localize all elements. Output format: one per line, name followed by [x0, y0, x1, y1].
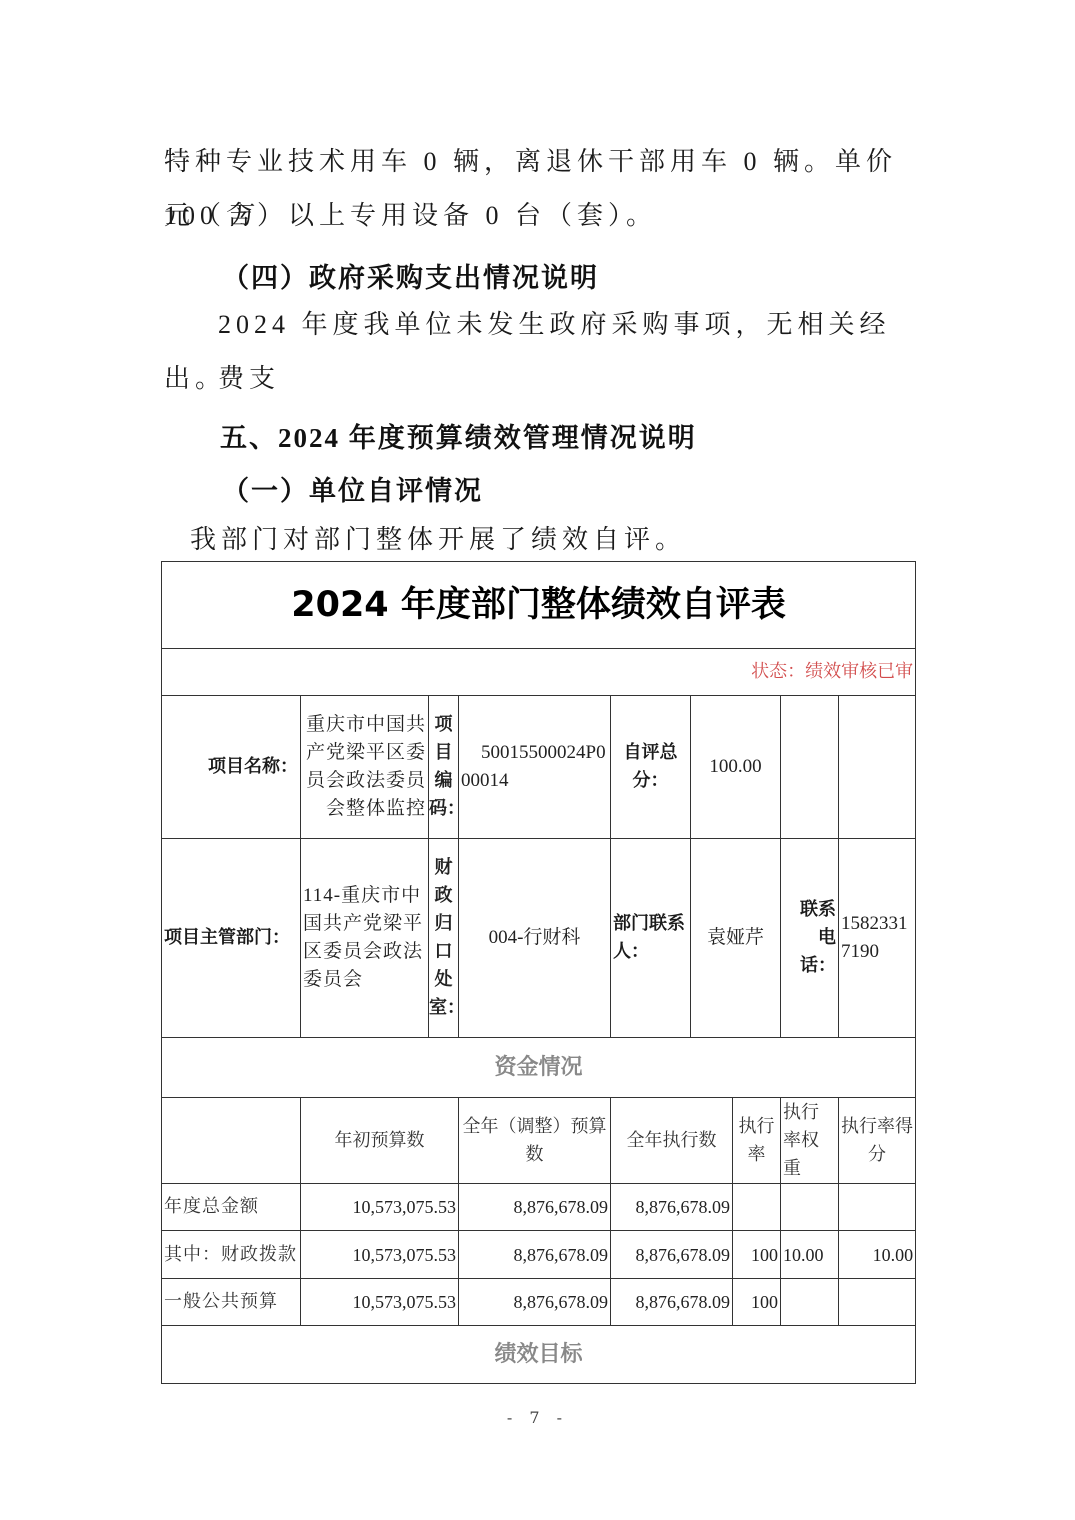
adjusted-budget: 8,876,678.09 — [459, 1279, 611, 1326]
table-row: 年度总金额 10,573,075.53 8,876,678.09 8,876,6… — [162, 1184, 916, 1231]
dept-value: 114-重庆市中国共产党梁平区委员会政法委员会 — [301, 839, 429, 1038]
row-label: 年度总金额 — [162, 1184, 301, 1231]
execution-rate: 100 — [733, 1231, 781, 1279]
funds-header-blank — [162, 1098, 301, 1184]
finance-office-value: 004-行财科 — [459, 839, 611, 1038]
execution-rate: 100 — [733, 1279, 781, 1326]
rate-score — [839, 1279, 916, 1326]
status-badge: 状态：绩效审核已审 — [162, 649, 916, 696]
initial-budget: 10,573,075.53 — [301, 1279, 459, 1326]
initial-budget: 10,573,075.53 — [301, 1184, 459, 1231]
dept-label: 项目主管部门： — [162, 839, 301, 1038]
rate-weight — [781, 1184, 839, 1231]
adjusted-budget: 8,876,678.09 — [459, 1184, 611, 1231]
empty-cell — [781, 696, 839, 839]
performance-evaluation-table: 2024 年度部门整体绩效自评表 状态：绩效审核已审 项目名称： 重庆市中国共产… — [161, 561, 916, 1384]
funds-header-weight: 执行率权重 — [781, 1098, 839, 1184]
empty-cell — [839, 696, 916, 839]
phone-value: 15823317190 — [839, 839, 916, 1038]
contact-label: 部门联系人： — [611, 839, 691, 1038]
finance-office-label: 财政归口处室： — [429, 839, 459, 1038]
heading-procurement: （四）政府采购支出情况说明 — [222, 256, 599, 295]
paragraph-vehicles-line2: 元（含）以上专用设备 0 台（套）。 — [164, 189, 916, 243]
goals-section-header: 绩效目标 — [162, 1326, 916, 1384]
contact-value: 袁娅芹 — [691, 839, 781, 1038]
rate-score: 10.00 — [839, 1231, 916, 1279]
initial-budget: 10,573,075.53 — [301, 1231, 459, 1279]
page-number: - 7 - — [0, 1408, 1075, 1427]
executed-amount: 8,876,678.09 — [611, 1279, 733, 1326]
funds-header-score: 执行率得分 — [839, 1098, 916, 1184]
funds-header-rate: 执行率 — [733, 1098, 781, 1184]
funds-header-executed: 全年执行数 — [611, 1098, 733, 1184]
executed-amount: 8,876,678.09 — [611, 1184, 733, 1231]
executed-amount: 8,876,678.09 — [611, 1231, 733, 1279]
self-score-label: 自评总分： — [611, 696, 691, 839]
heading-section-5: 五、2024 年度预算绩效管理情况说明 — [220, 416, 697, 455]
funds-header-adjusted: 全年（调整）预算数 — [459, 1098, 611, 1184]
execution-rate — [733, 1184, 781, 1231]
table-row: 其中：财政拨款 10,573,075.53 8,876,678.09 8,876… — [162, 1231, 916, 1279]
rate-weight — [781, 1279, 839, 1326]
rate-score — [839, 1184, 916, 1231]
row-label: 一般公共预算 — [162, 1279, 301, 1326]
project-name-label: 项目名称： — [162, 696, 301, 839]
project-code-label: 项目编码： — [429, 696, 459, 839]
funds-section-header: 资金情况 — [162, 1038, 916, 1098]
row-label: 其中：财政拨款 — [162, 1231, 301, 1279]
project-name-value: 重庆市中国共产党梁平区委员会政法委员会整体监控 — [301, 696, 429, 839]
paragraph-procurement-line2: 出。 — [164, 352, 916, 406]
rate-weight: 10.00 — [781, 1231, 839, 1279]
paragraph-self-evaluation: 我部门对部门整体开展了绩效自评。 — [190, 513, 942, 567]
phone-label: 联系电话： — [781, 839, 839, 1038]
self-score-value: 100.00 — [691, 696, 781, 839]
project-code-value: 50015500024P000014 — [459, 696, 611, 839]
table-title: 2024 年度部门整体绩效自评表 — [162, 562, 916, 649]
funds-header-initial: 年初预算数 — [301, 1098, 459, 1184]
heading-self-evaluation: （一）单位自评情况 — [222, 469, 483, 508]
adjusted-budget: 8,876,678.09 — [459, 1231, 611, 1279]
table-row: 一般公共预算 10,573,075.53 8,876,678.09 8,876,… — [162, 1279, 916, 1326]
